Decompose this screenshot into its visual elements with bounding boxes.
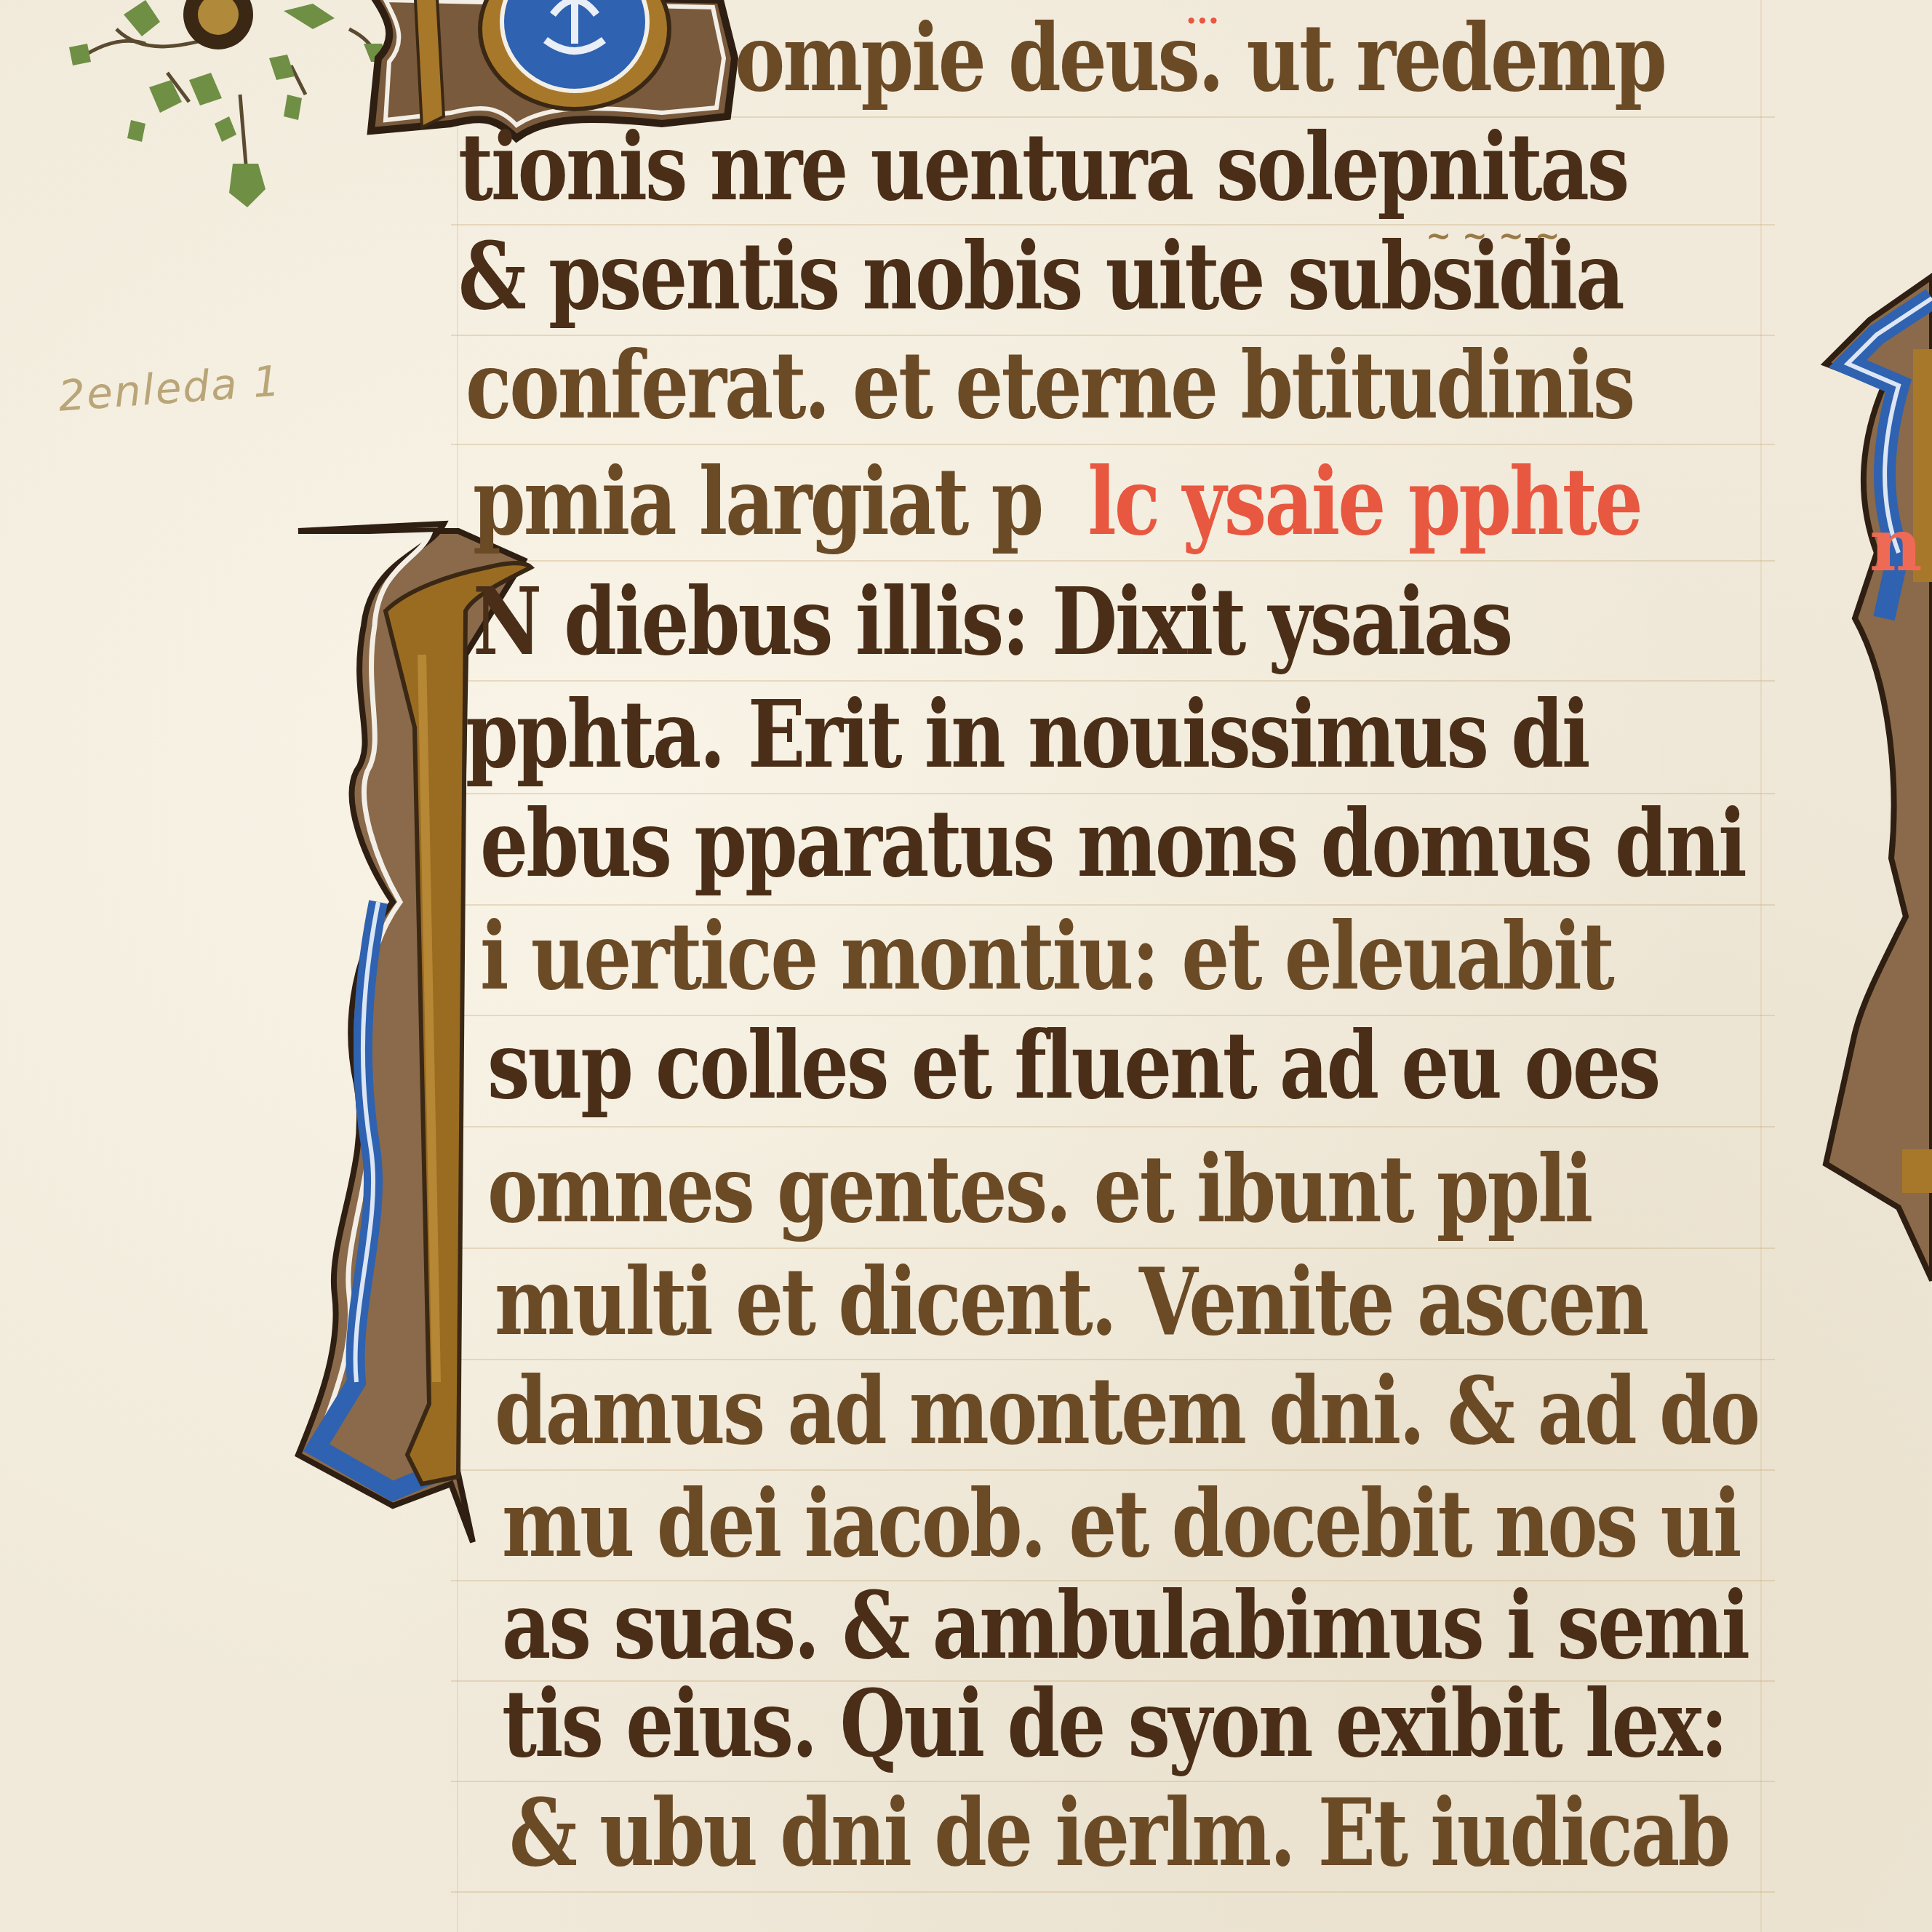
text-line-10: sup colles et fluent ad eu oes xyxy=(487,1020,1658,1112)
ruled-line xyxy=(451,1126,1775,1127)
text-line-5: pmia largiat p lc ysaie pphte xyxy=(473,456,1641,548)
ruled-line xyxy=(451,444,1775,445)
text-line-6: N diebus illis: Dixit ysaias xyxy=(473,576,1511,668)
foliage-decoration-icon xyxy=(0,0,407,218)
text-line-7: pphta. Erit in nouissimus di xyxy=(466,689,1588,781)
text-line-8: ebus pparatus mons domus dni xyxy=(480,798,1745,890)
manuscript-page: 2enleda 1 ... n ompie deus. ut redemp ti… xyxy=(0,0,1932,1932)
text-line-15: as suas. & ambulabimus i semi xyxy=(502,1580,1748,1672)
text-line-16: tis eius. Qui de syon exibit lex: xyxy=(502,1678,1726,1771)
right-edge-rubric: n xyxy=(1869,502,1923,588)
ruled-line xyxy=(451,1891,1775,1893)
text-line-11: omnes gentes. et ibunt ppli xyxy=(487,1143,1591,1236)
marginal-annotation: 2enleda 1 xyxy=(57,356,283,420)
text-line-13: damus ad montem dni. & ad do xyxy=(495,1365,1758,1458)
text-line-5-main: pmia largiat p xyxy=(473,447,1042,556)
text-line-1: ompie deus. ut redemp xyxy=(735,12,1665,105)
illuminated-initial-right-icon xyxy=(1826,276,1932,1280)
text-line-12: multi et dicent. Venite ascen xyxy=(495,1256,1647,1349)
interlinear-gloss-marks: ~ ~ ~ ~ xyxy=(1426,218,1560,254)
text-line-4: conferat. et eterne btitudinis xyxy=(466,340,1633,432)
ruled-line xyxy=(451,560,1775,562)
text-line-14: mu dei iacob. et docebit nos ui xyxy=(502,1478,1740,1570)
ruled-margin xyxy=(1760,0,1762,1932)
text-line-2: tionis nre uentura solepnitas xyxy=(458,121,1627,214)
text-line-17: & ubu dni de ierlm. Et iudicab xyxy=(509,1787,1728,1880)
text-line-9: i uertice montiu: et eleuabit xyxy=(480,911,1613,1003)
rubric-lection-heading: lc ysaie pphte xyxy=(1087,447,1641,556)
